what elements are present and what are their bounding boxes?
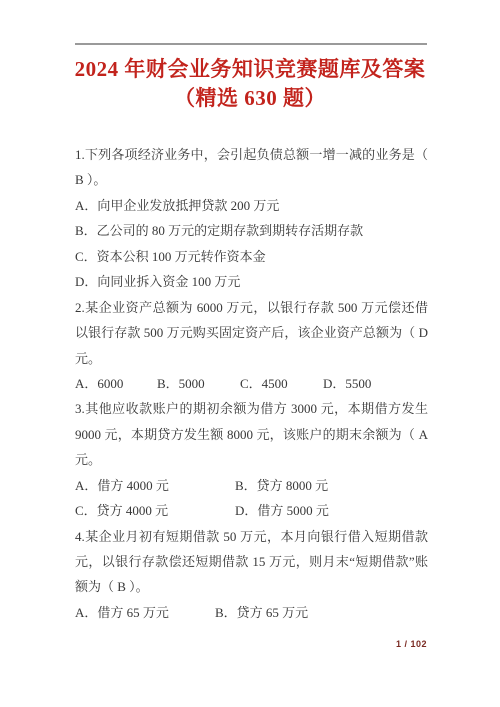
question-2-option-D: D．5500 (323, 371, 371, 396)
question-3-stem-line-3: 元。 (75, 447, 428, 472)
document-title: 2024 年财会业务知识竞赛题库及答案 （精选 630 题） (38, 55, 462, 113)
question-2-stem-line-1: 2.某企业资产总额为 6000 万元，以银行存款 500 万元偿还借款，并 (75, 295, 428, 320)
questions-area: 1.下列各项经济业务中，会引起负债总额一增一减的业务是（B ）。A．向甲企业发放… (75, 142, 428, 625)
question-3-option-C: C．贷方 4000 元 (75, 498, 168, 523)
question-3-option-B: B．贷方 8000 元 (235, 473, 328, 498)
question-2-stem-line-3: 元。 (75, 346, 428, 371)
question-2-option-C: C．4500 (240, 371, 288, 396)
question-1-option-row: A．向甲企业发放抵押贷款 200 万元 (75, 193, 428, 218)
question-4-stem-line-3: 额为（ B ）。 (75, 574, 428, 599)
question-3-option-row: A．借方 4000 元B．贷方 8000 元 (75, 473, 428, 498)
document-page: 2024 年财会业务知识竞赛题库及答案 （精选 630 题） 1.下列各项经济业… (0, 0, 500, 707)
page-number: 1 / 102 (396, 639, 427, 649)
question-3-option-A: A．借方 4000 元 (75, 473, 169, 498)
question-4-stem-line-1: 4.某企业月初有短期借款 50 万元，本月向银行借入短期借款 30 万 (75, 524, 428, 549)
title-line-2: （精选 630 题） (38, 84, 462, 113)
question-2-option-B: B．5000 (157, 371, 205, 396)
question-4-stem-line-2: 元，以银行存款偿还短期借款 15 万元，则月末“短期借款”账户余 (75, 549, 428, 574)
question-1-option-A: A．向甲企业发放抵押贷款 200 万元 (75, 193, 279, 218)
title-line-1: 2024 年财会业务知识竞赛题库及答案 (38, 55, 462, 84)
question-1-option-C: C．资本公积 100 万元转作资本金 (75, 244, 266, 269)
header-divider (75, 43, 427, 45)
question-1-option-D: D．向同业拆入资金 100 万元 (75, 269, 240, 294)
question-4-option-row: A．借方 65 万元B．贷方 65 万元 (75, 600, 428, 625)
question-3-option-D: D．借方 5000 元 (235, 498, 329, 523)
question-1-option-B: B．乙公司的 80 万元的定期存款到期转存活期存款 (75, 218, 363, 243)
question-4-option-A: A．借方 65 万元 (75, 600, 169, 625)
question-2-option-row: A．6000B．5000C．4500D．5500 (75, 371, 428, 396)
question-3-option-row: C．贷方 4000 元D．借方 5000 元 (75, 498, 428, 523)
question-1-option-row: D．向同业拆入资金 100 万元 (75, 269, 428, 294)
question-1-stem-line-1: 1.下列各项经济业务中，会引起负债总额一增一减的业务是（ (75, 142, 428, 167)
question-2-stem-line-2: 以银行存款 500 万元购买固定资产后，该企业资产总额为（ D ）万 (75, 320, 428, 345)
question-2-option-A: A．6000 (75, 371, 123, 396)
question-1-option-row: B．乙公司的 80 万元的定期存款到期转存活期存款 (75, 218, 428, 243)
question-1-option-row: C．资本公积 100 万元转作资本金 (75, 244, 428, 269)
question-3-stem-line-1: 3.其他应收款账户的期初余额为借方 3000 元，本期借方发生额 (75, 396, 428, 421)
question-1-stem-line-2: B ）。 (75, 167, 428, 192)
question-4-option-B: B．贷方 65 万元 (215, 600, 308, 625)
question-3-stem-line-2: 9000 元，本期贷方发生额 8000 元，该账户的期末余额为（ A ） (75, 422, 428, 447)
